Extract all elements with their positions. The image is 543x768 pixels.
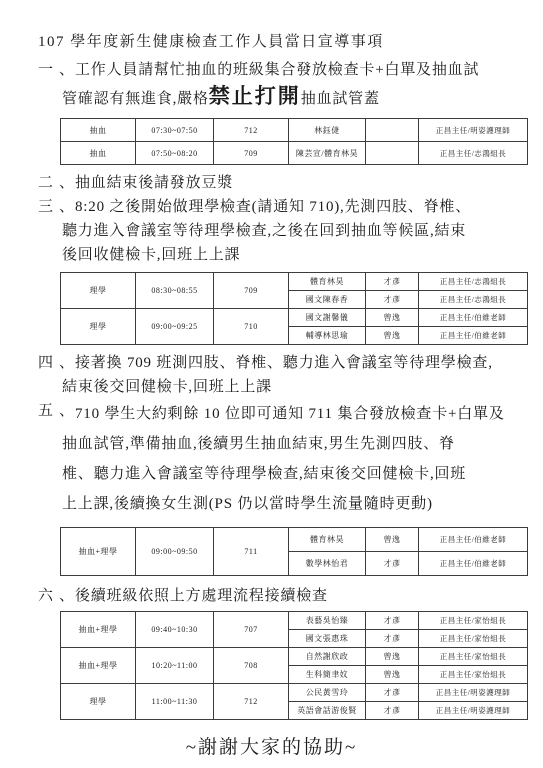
table-cell-supervisor: 正昌主任/志鴻組長 (419, 273, 528, 291)
page-title: 107 學年度新生健康檢查工作人員當日宣導事項 (38, 30, 505, 51)
table-cell-supervisor: 正昌主任/志鴻組長 (419, 291, 528, 309)
table-cell-time: 10:20~11:00 (136, 648, 214, 684)
table-cell-supervisor: 正昌主任/家怡組長 (419, 612, 528, 630)
blood-draw-schedule-table: 抽血 07:30~07:50 712 林鈺倢 正昌主任/明姿護理師 抽血 07:… (60, 118, 528, 165)
item-number: 六、 (38, 584, 80, 605)
table-cell-time: 09:00~09:50 (136, 528, 214, 576)
table-cell-time: 11:00~11:30 (136, 684, 214, 720)
table-cell-escort: 曾逸 (366, 309, 419, 327)
table-cell-class: 710 (214, 309, 289, 345)
table-cell-teacher: 輔導林思瑜 (289, 327, 366, 345)
item-line-text: 管確認有無進食,嚴格 (62, 91, 209, 107)
table-cell-type: 抽血 (61, 142, 136, 165)
item-line: 710 學生大約剩餘 10 位即可通知 711 集合發放檢查卡+白單及 (62, 399, 505, 429)
remaining-classes-schedule-table: 抽血+理學 09:40~10:30 707 表藝吳怡臻 才彥 正昌主任/家怡組長… (60, 611, 528, 720)
table-cell-type: 抽血 (61, 119, 136, 142)
table-cell-escort: 才彥 (366, 291, 419, 309)
table-cell-teacher: 公民黃雪玲 (289, 684, 366, 702)
table-cell-teacher: 數學林怡君 (289, 552, 366, 576)
table-cell-class: 712 (214, 684, 289, 720)
class-711-schedule-table: 抽血+理學 09:00~09:50 711 體育林昊 曾逸 正昌主任/伯維老師 … (60, 527, 528, 576)
item-3: 三、 8:20 之後開始做理學檢查(請通知 710),先測四肢、脊椎、 聽力進入… (38, 195, 505, 267)
table-row: 抽血+理學 10:20~11:00 708 自然謝欣政 曾逸 正昌主任/家怡組長 (61, 648, 528, 666)
table-cell-supervisor: 正昌主任/伯維老師 (419, 309, 528, 327)
item-line: 椎、聽力進入會議室等待理學檢查,結束後交回健檢卡,回班 (62, 459, 505, 489)
item-number: 五、 (38, 399, 80, 420)
table-cell-supervisor: 正昌主任/明姿護理師 (419, 119, 528, 142)
closing-line: ~謝謝大家的協助~ (38, 732, 505, 759)
table-cell-escort (366, 119, 419, 142)
item-line: 聽力進入會議室等待理學檢查,之後在回到抽血等候區,結束 (62, 219, 505, 243)
table-cell-supervisor: 正昌主任/伯維老師 (419, 528, 528, 552)
table-cell-type: 理學 (61, 684, 136, 720)
table-row: 抽血+理學 09:00~09:50 711 體育林昊 曾逸 正昌主任/伯維老師 (61, 528, 528, 552)
table-cell-escort: 曾逸 (366, 666, 419, 684)
item-number: 四、 (38, 351, 80, 372)
item-line: 後回收健檢卡,回班上上課 (62, 243, 505, 267)
item-1: 一、 工作人員請幫忙抽血的班級集合發放檢查卡+白單及抽血試 管確認有無進食,嚴格… (38, 58, 505, 114)
item-2: 二、 抽血結束後請發放豆漿 (38, 171, 505, 195)
table-cell-escort: 才彥 (366, 684, 419, 702)
table-cell-class: 708 (214, 648, 289, 684)
table-cell-supervisor: 正昌主任/伯維老師 (419, 552, 528, 576)
table-cell-class: 707 (214, 612, 289, 648)
item-line-text: 抽血試管蓋 (301, 91, 380, 107)
document-page: 107 學年度新生健康檢查工作人員當日宣導事項 一、 工作人員請幫忙抽血的班級集… (0, 0, 543, 768)
item-line: 工作人員請幫忙抽血的班級集合發放檢查卡+白單及抽血試 (62, 58, 505, 82)
table-cell-time: 07:30~07:50 (136, 119, 214, 142)
item-number: 二、 (38, 171, 80, 192)
table-cell-supervisor: 正昌主任/家怡組長 (419, 666, 528, 684)
table-cell-time: 07:50~08:20 (136, 142, 214, 165)
item-line: 8:20 之後開始做理學檢查(請通知 710),先測四肢、脊椎、 (62, 195, 505, 219)
table-cell-escort: 才彥 (366, 273, 419, 291)
item-line: 後續班級依照上方處理流程接續檢查 (62, 584, 505, 608)
physical-exam-schedule-table: 理學 08:30~08:55 709 體育林昊 才彥 正昌主任/志鴻組長 國文陳… (60, 272, 528, 345)
no-open-warning: 禁止打開 (209, 84, 301, 108)
table-cell-type: 抽血+理學 (61, 612, 136, 648)
table-cell-type: 理學 (61, 273, 136, 309)
table-cell-supervisor: 正昌主任/志鴻組長 (419, 142, 528, 165)
item-line: 接著換 709 班測四肢、脊椎、聽力進入會議室等待理學檢查, (62, 351, 505, 375)
table-cell-teacher: 自然謝欣政 (289, 648, 366, 666)
table-cell-teacher: 國文張惠珠 (289, 630, 366, 648)
item-line: 抽血結束後請發放豆漿 (62, 171, 505, 195)
table-cell-teacher: 體育林昊 (289, 273, 366, 291)
table-row: 抽血 07:30~07:50 712 林鈺倢 正昌主任/明姿護理師 (61, 119, 528, 142)
table-cell-class: 709 (214, 273, 289, 309)
table-row: 理學 11:00~11:30 712 公民黃雪玲 才彥 正昌主任/明姿護理師 (61, 684, 528, 702)
table-cell-teacher: 國文陳春香 (289, 291, 366, 309)
item-4: 四、 接著換 709 班測四肢、脊椎、聽力進入會議室等待理學檢查, 結束後交回健… (38, 351, 505, 399)
table-cell-escort: 曾逸 (366, 528, 419, 552)
table-cell-class: 712 (214, 119, 289, 142)
table-cell-class: 711 (214, 528, 289, 576)
table-cell-teacher: 林鈺倢 (289, 119, 366, 142)
table-cell-supervisor: 正昌主任/明姿護理師 (419, 684, 528, 702)
table-cell-escort: 曾逸 (366, 327, 419, 345)
table-row: 理學 08:30~08:55 709 體育林昊 才彥 正昌主任/志鴻組長 (61, 273, 528, 291)
item-5: 五、 710 學生大約剩餘 10 位即可通知 711 集合發放檢查卡+白單及 抽… (38, 399, 505, 519)
table-cell-escort: 才彥 (366, 552, 419, 576)
item-number: 三、 (38, 195, 80, 216)
item-6: 六、 後續班級依照上方處理流程接續檢查 (38, 584, 505, 608)
table-cell-teacher: 英語會話游俊賢 (289, 702, 366, 720)
table-cell-type: 理學 (61, 309, 136, 345)
table-cell-time: 08:30~08:55 (136, 273, 214, 309)
table-cell-teacher: 體育林昊 (289, 528, 366, 552)
table-cell-type: 抽血+理學 (61, 648, 136, 684)
table-row: 理學 09:00~09:25 710 國文謝馨儀 曾逸 正昌主任/伯維老師 (61, 309, 528, 327)
table-cell-escort: 才彥 (366, 630, 419, 648)
table-cell-teacher: 國文謝馨儀 (289, 309, 366, 327)
table-cell-teacher: 生科簡聿妏 (289, 666, 366, 684)
table-row: 抽血 07:50~08:20 709 陳芸宣/體育林昊 正昌主任/志鴻組長 (61, 142, 528, 165)
table-cell-escort: 曾逸 (366, 648, 419, 666)
table-cell-class: 709 (214, 142, 289, 165)
table-cell-time: 09:00~09:25 (136, 309, 214, 345)
table-cell-escort (366, 142, 419, 165)
item-line: 管確認有無進食,嚴格禁止打開抽血試管蓋 (62, 82, 505, 114)
item-number: 一、 (38, 58, 80, 79)
table-cell-time: 09:40~10:30 (136, 612, 214, 648)
item-line: 結束後交回健檢卡,回班上上課 (62, 375, 505, 399)
table-cell-supervisor: 正昌主任/家怡組長 (419, 630, 528, 648)
table-cell-supervisor: 正昌主任/家怡組長 (419, 648, 528, 666)
table-cell-supervisor: 正昌主任/伯維老師 (419, 327, 528, 345)
item-line: 上上課,後續換女生測(PS 仍以當時學生流量隨時更動) (62, 489, 505, 519)
table-cell-escort: 才彥 (366, 702, 419, 720)
table-cell-supervisor: 正昌主任/明姿護理師 (419, 702, 528, 720)
item-line: 抽血試管,準備抽血,後續男生抽血結束,男生先測四肢、脊 (62, 429, 505, 459)
table-cell-teacher: 表藝吳怡臻 (289, 612, 366, 630)
table-cell-type: 抽血+理學 (61, 528, 136, 576)
table-cell-teacher: 陳芸宣/體育林昊 (289, 142, 366, 165)
table-cell-escort: 才彥 (366, 612, 419, 630)
table-row: 抽血+理學 09:40~10:30 707 表藝吳怡臻 才彥 正昌主任/家怡組長 (61, 612, 528, 630)
